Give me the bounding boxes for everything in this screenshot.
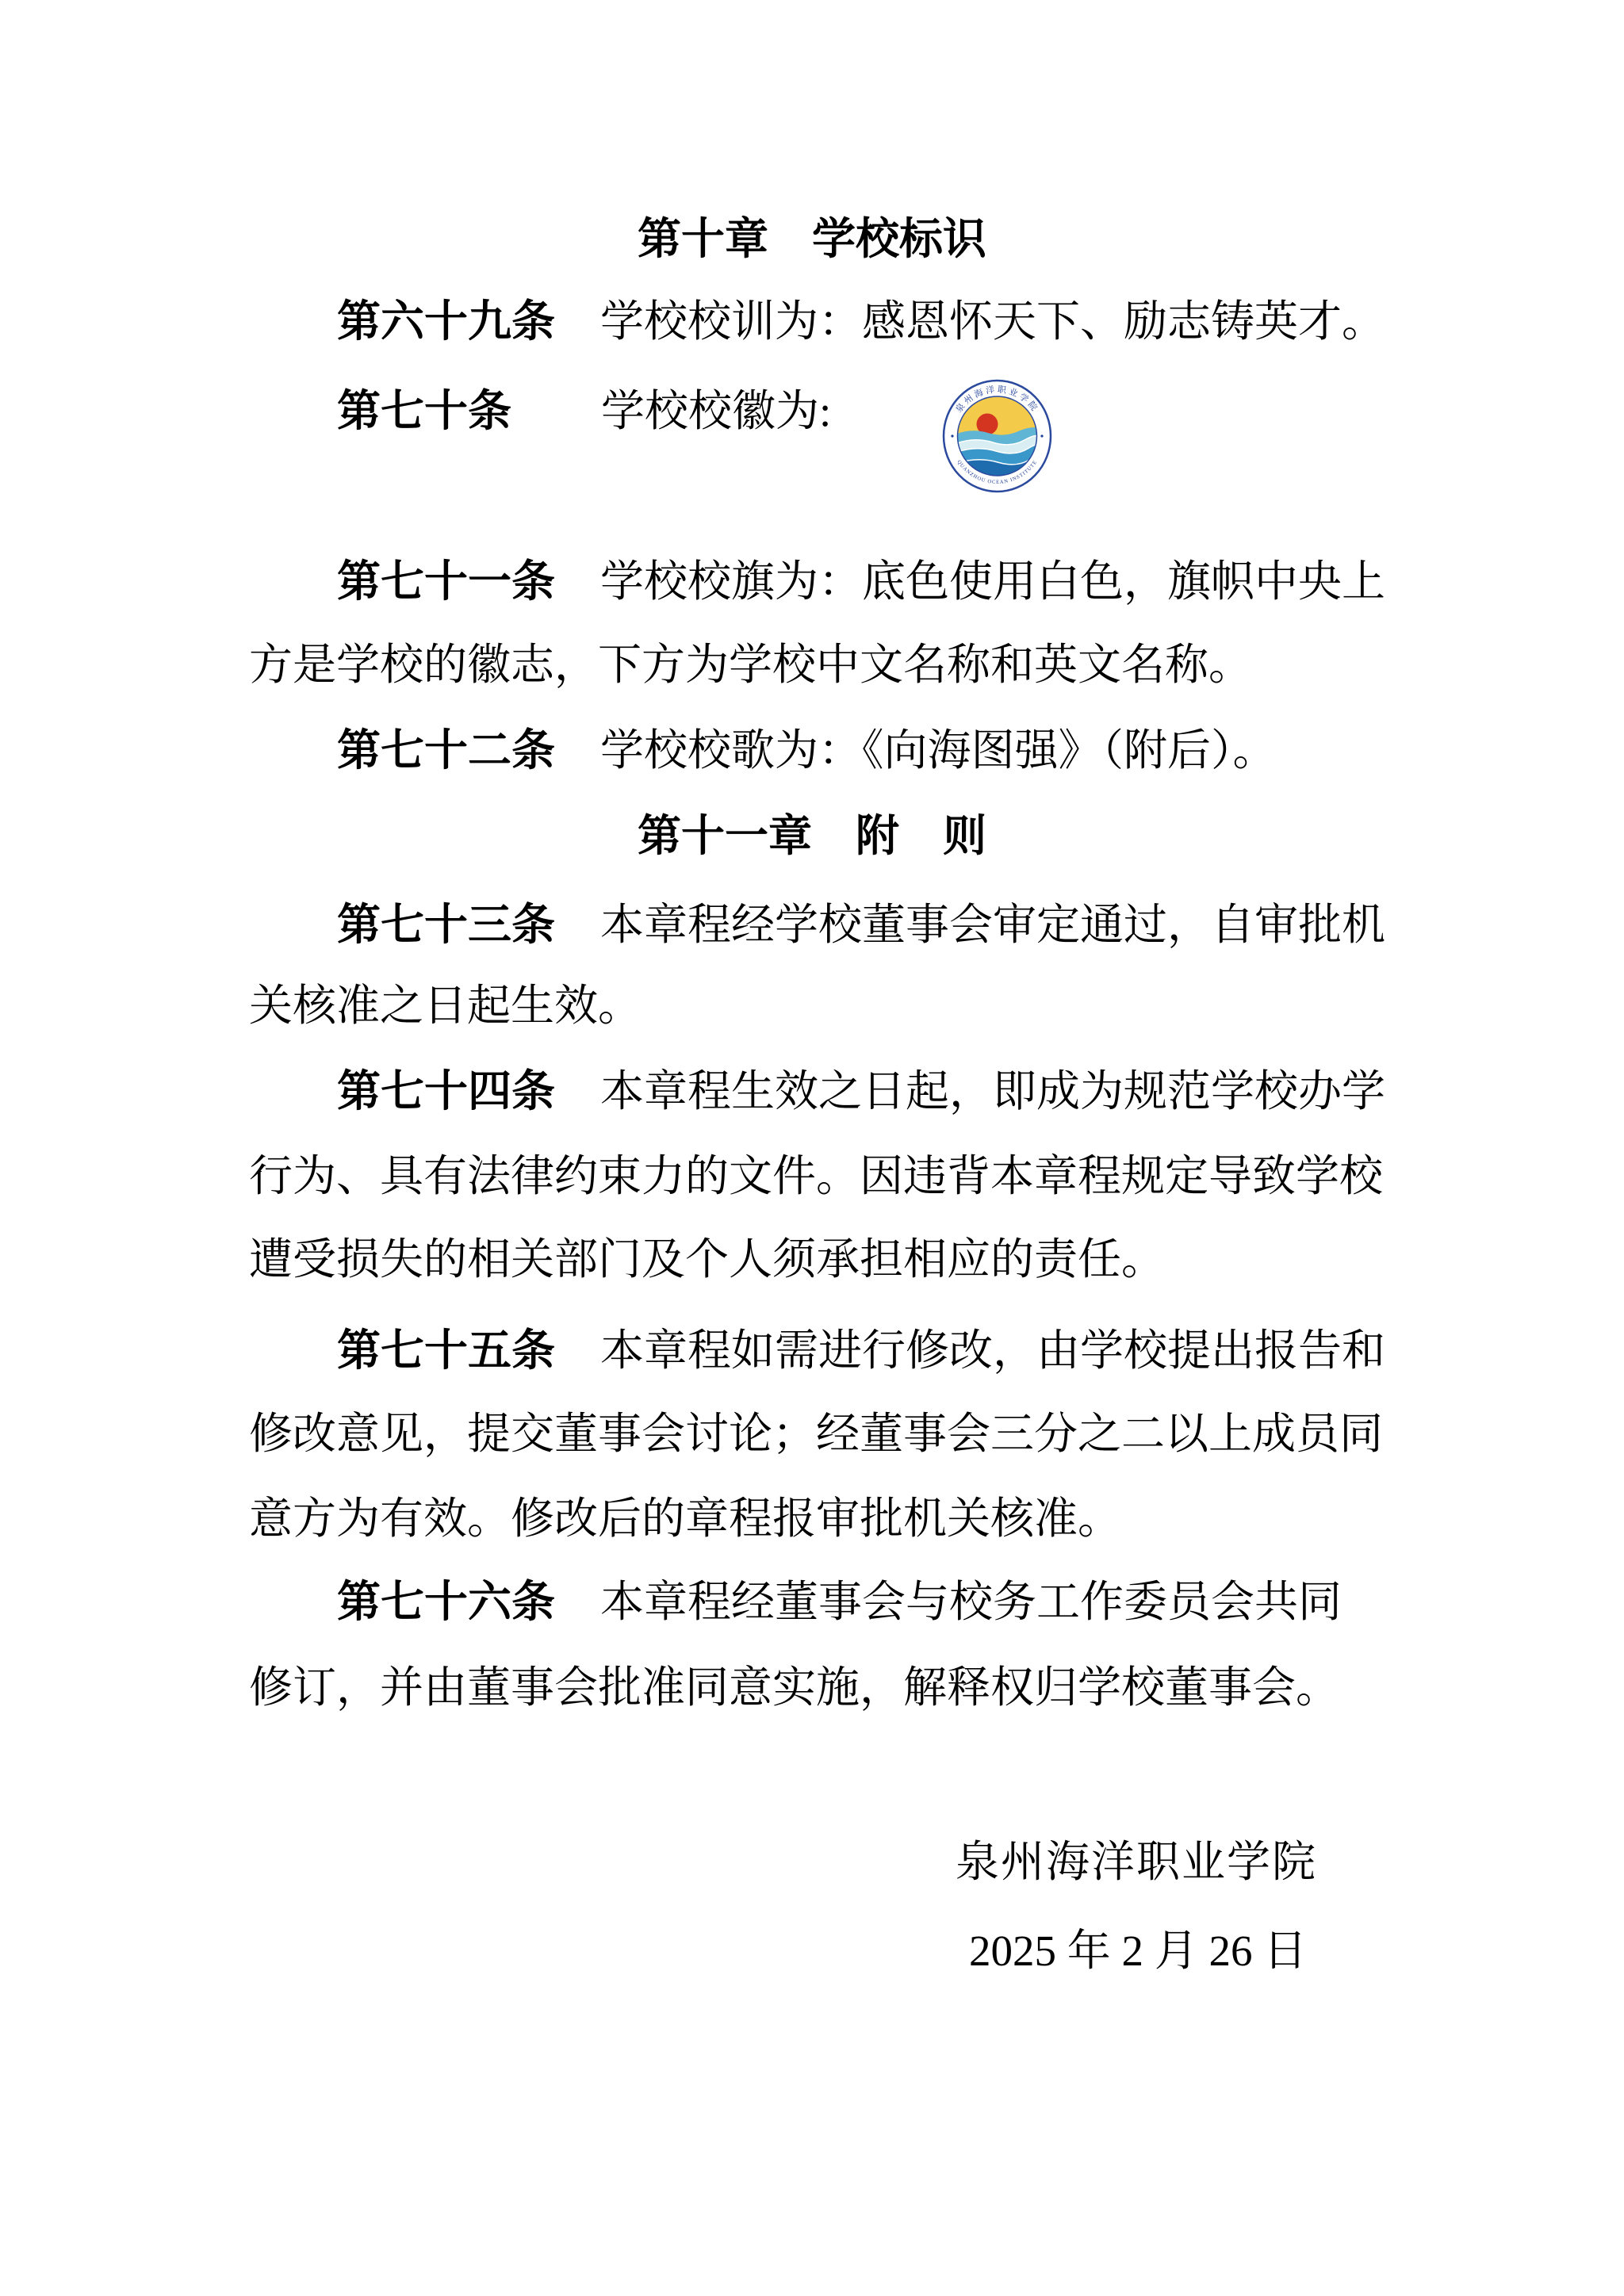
article-70-line: 第七十条学校校徽为: [337,387,831,436]
signature-institution-name: 泉州海洋职业学院 [956,1838,1317,1887]
article-72-line: 第七十二条学校校歌为：《向海图强》（附后）。 [337,726,1277,775]
emblem-left-dot [951,434,953,437]
article-71-line-1: 第七十一条学校校旗为：底色使用白色，旗帜中央上 [337,557,1385,607]
article-72-text: 学校校歌为：《向海图强》（附后）。 [600,726,1277,775]
article-69-text: 学校校训为：感恩怀天下、励志铸英才。 [600,297,1385,346]
article-75-line-2: 修改意见，提交董事会讨论；经董事会三分之二以上成员同 [249,1410,1383,1459]
article-70-number: 第七十条 [337,387,511,435]
chapter-10-heading: 第十章 学校标识 [0,215,1624,264]
article-74-line-3: 遭受损失的相关部门及个人须承担相应的责任。 [249,1235,1165,1284]
article-72-number: 第七十二条 [337,726,555,775]
article-75-line-3: 意方为有效。修改后的章程报审批机关核准。 [249,1494,1121,1544]
article-74-number: 第七十四条 [337,1067,555,1115]
charter-document-page: 第十章 学校标识 第六十九条学校校训为：感恩怀天下、励志铸英才。 第七十条学校校… [0,0,1624,2296]
article-74-line-2: 行为、具有法律约束力的文件。因违背本章程规定导致学校 [249,1152,1383,1201]
article-75-text: 本章程如需进行修改，由学校提出报告和 [600,1326,1385,1375]
article-73-number: 第七十三条 [337,901,555,949]
article-73-line-2: 关核准之日起生效。 [249,982,642,1031]
chapter-11-heading: 第十一章 附 则 [0,812,1624,861]
article-69-line: 第六十九条学校校训为：感恩怀天下、励志铸英才。 [337,297,1385,346]
article-76-line-2: 修订，并由董事会批准同意实施，解释权归学校董事会。 [249,1663,1339,1712]
signature-date: 2025 年 2 月 26 日 [969,1927,1307,1976]
emblem-right-dot [1040,434,1043,437]
article-73-text: 本章程经学校董事会审定通过，自审批机 [600,901,1385,949]
article-76-number: 第七十六条 [337,1578,555,1626]
article-69-number: 第六十九条 [337,297,555,346]
article-75-line-1: 第七十五条本章程如需进行修改，由学校提出报告和 [337,1326,1385,1376]
article-76-line-1: 第七十六条本章程经董事会与校务工作委员会共同 [337,1578,1342,1627]
article-74-text: 本章程生效之日起，即成为规范学校办学 [600,1067,1385,1115]
article-71-text: 学校校旗为：底色使用白色，旗帜中央上 [600,557,1385,606]
school-emblem-image: 泉州海洋职业学院 QUANZHOU OCEAN INSTITUTE [942,379,1052,493]
article-74-line-1: 第七十四条本章程生效之日起，即成为规范学校办学 [337,1067,1385,1116]
article-70-text: 学校校徽为: [601,387,831,435]
article-76-text: 本章程经董事会与校务工作委员会共同 [600,1578,1342,1626]
article-75-number: 第七十五条 [337,1326,555,1375]
article-71-line-2: 方是学校的徽志，下方为学校中文名称和英文名称。 [249,641,1252,690]
article-71-number: 第七十一条 [337,557,555,606]
article-73-line-1: 第七十三条本章程经学校董事会审定通过，自审批机 [337,901,1385,950]
